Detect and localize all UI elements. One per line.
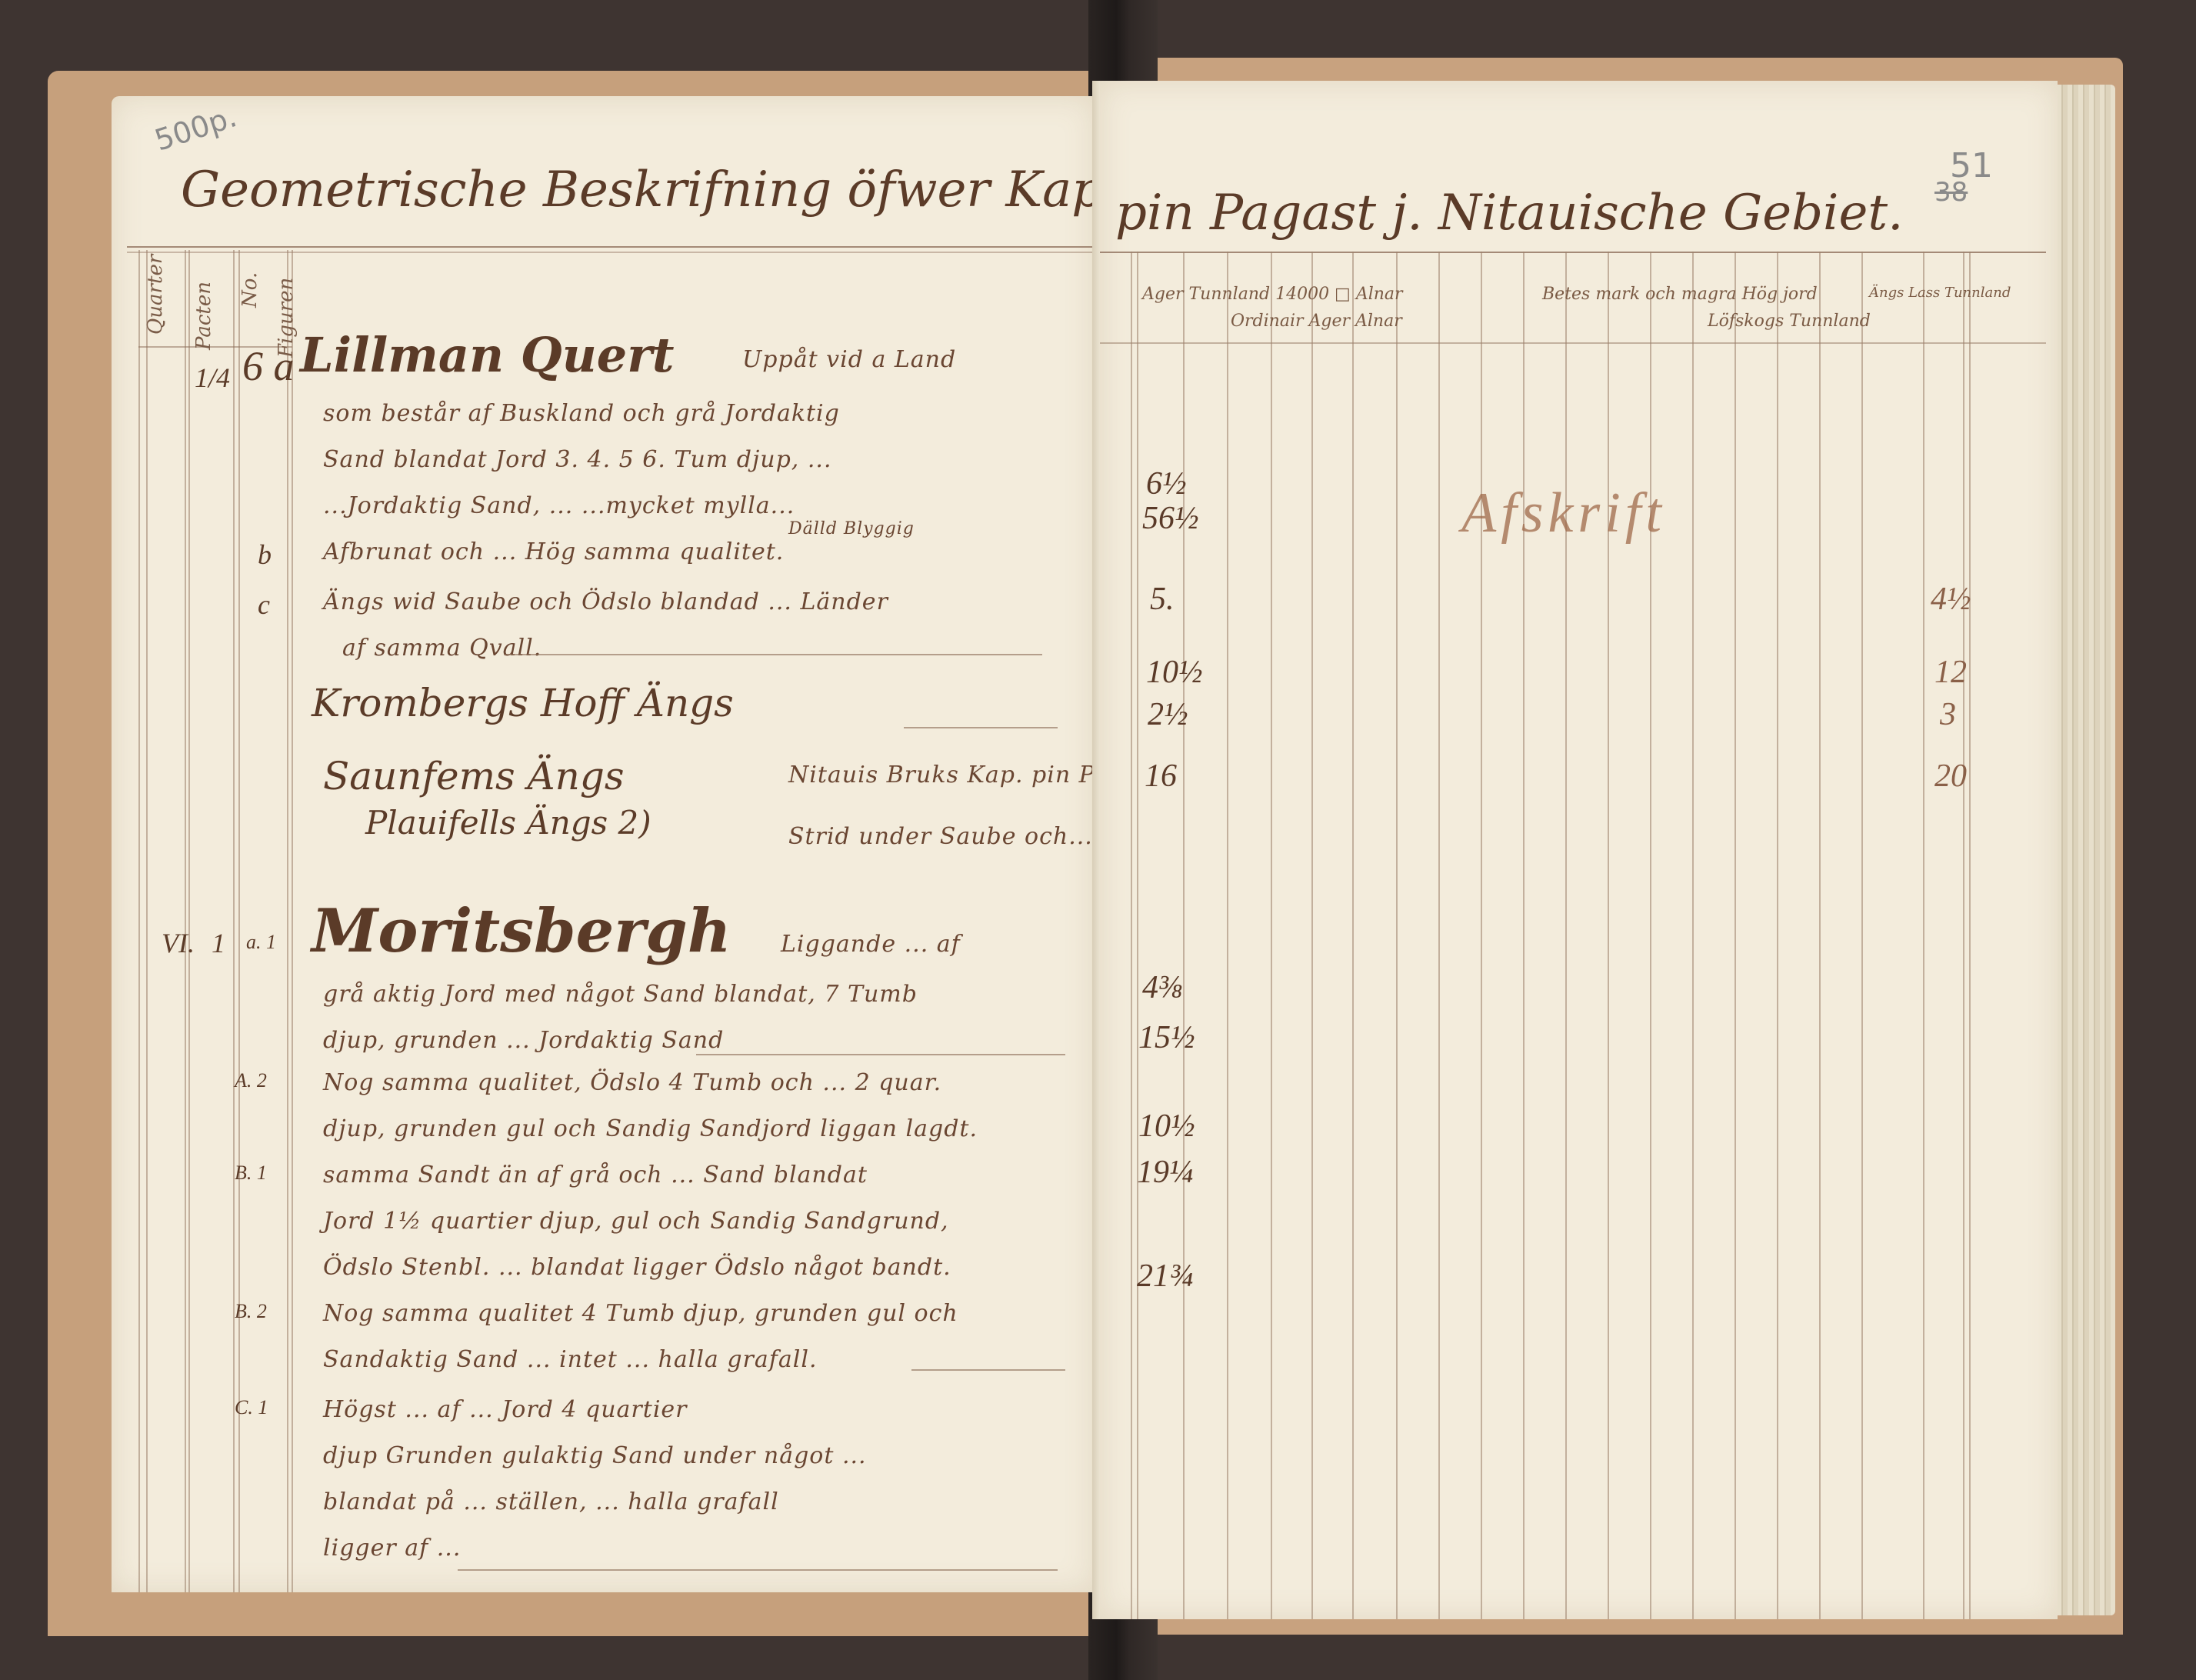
figure-label: C. 1 [235, 1396, 268, 1419]
place-name: Moritsbergh [312, 896, 731, 966]
entry-line: djup, grunden ... Jordaktig Sand [323, 1027, 724, 1054]
col-header-no: No. [238, 272, 262, 308]
col-rule [1819, 252, 1821, 1619]
col-rule [1969, 252, 1971, 1619]
col-rule [1396, 252, 1398, 1619]
col-rule [1352, 252, 1354, 1619]
col-header-angs: Ängs Lass Tunnland [1869, 285, 2011, 301]
col-rule [1692, 252, 1694, 1619]
entry-rule [696, 1054, 1065, 1055]
place-name: Plauifells Ängs 2) [365, 804, 651, 842]
col-rule [1481, 252, 1482, 1619]
col-rule [1137, 252, 1138, 1619]
col-rule [233, 250, 235, 1592]
col-rule [1523, 252, 1525, 1619]
figure-label: b [258, 538, 272, 571]
col-rule [238, 250, 240, 1592]
entry-rule [911, 1369, 1065, 1371]
col-rule [1438, 252, 1440, 1619]
entry-line: Dälld Blyggig [788, 519, 915, 538]
col-rule [1131, 252, 1132, 1619]
entry-line: samma Sandt än af grå och ... Sand bland… [323, 1162, 868, 1188]
meadow-value: 3 [1940, 696, 1956, 733]
entry-line: ...Jordaktig Sand, ... ...mycket mylla..… [323, 492, 795, 519]
figure-label: c [258, 588, 270, 621]
col-header-pacten: Pacten [192, 282, 215, 350]
col-rule [292, 250, 293, 1592]
col-header-lofskog: Löfskogs Tunnland [1708, 312, 1871, 331]
header-bottom-rule [1100, 342, 2046, 344]
place-name: Lillman Quert [300, 327, 675, 383]
col-rule [1963, 252, 1964, 1619]
pacten-value: 1/4 [195, 362, 230, 394]
col-rule [1311, 252, 1313, 1619]
entry-line: som består af Buskland och grå Jordaktig [323, 400, 840, 427]
col-rule [1734, 252, 1736, 1619]
area-value: 56½ [1142, 500, 1199, 537]
entry-line: djup, grunden gul och Sandig Sandjord li… [323, 1115, 978, 1142]
entry-line: Sandaktig Sand ... intet ... halla grafa… [323, 1346, 818, 1373]
left-page: 500p. Geometrische Beskrifning öfwer Kap… [112, 96, 1095, 1592]
area-value: 16 [1145, 758, 1177, 795]
heading-rule [127, 246, 1096, 248]
entry-line: Nog samma qualitet 4 Tumb djup, grunden … [323, 1300, 958, 1327]
pencil-note: 500p. [151, 99, 241, 157]
area-value: 10½ [1146, 654, 1203, 691]
heading-rule [1100, 252, 2046, 253]
right-page: 51 38 pin Pagast j. Nitauische Gebiet. A… [1100, 81, 2058, 1619]
entry-line: Nog samma qualitet, Ödslo 4 Tumb och ...… [323, 1069, 941, 1096]
col-header-ager: Ager Tunnland 14000 □ Alnar [1142, 285, 1403, 304]
area-value: 4⅜ [1142, 969, 1183, 1006]
area-value: 21¾ [1137, 1258, 1194, 1295]
col-rule [1271, 252, 1272, 1619]
col-rule [1777, 252, 1778, 1619]
col-rule [1183, 252, 1185, 1619]
meadow-value: 4½ [1931, 581, 1971, 618]
heading-rule-2 [127, 252, 1096, 253]
area-value: 5. [1150, 581, 1175, 618]
entry-line: Afbrunat och ... Hög samma qualitet. [323, 538, 784, 565]
figure-label: B. 1 [235, 1162, 267, 1185]
col-header-ordinair: Ordinair Ager Alnar [1231, 312, 1402, 331]
figure-label: a. 1 [246, 931, 276, 954]
entry-line: Ödslo Stenbl. ... blandat ligger Ödslo n… [323, 1254, 951, 1281]
entry-line: ligger af ... [323, 1535, 461, 1562]
entry-rule [504, 654, 1042, 655]
entry-line: Högst ... af ... Jord 4 quartier [323, 1396, 688, 1423]
col-rule [188, 250, 190, 1592]
area-value: 15½ [1138, 1019, 1195, 1056]
col-rule [1565, 252, 1567, 1619]
heading-right: pin Pagast j. Nitauische Gebiet. [1115, 185, 1903, 242]
meadow-value: 20 [1934, 758, 1967, 795]
col-rule [1923, 252, 1924, 1619]
col-rule [185, 250, 186, 1592]
quarter-value: VI. [162, 927, 195, 959]
area-value: 2½ [1148, 696, 1188, 733]
figure-label: A. 2 [235, 1069, 267, 1092]
col-rule [1608, 252, 1609, 1619]
entry-line: grå aktig Jord med något Sand blandat, 7… [323, 981, 918, 1008]
entry-line: Liggande ... af [781, 931, 961, 958]
col-header-betesmark: Betes mark och magra Hög jord [1542, 285, 1818, 304]
entry-line: blandat på ... ställen, ... halla grafal… [323, 1488, 779, 1515]
figure-label: B. 2 [235, 1300, 267, 1323]
col-rule [1650, 252, 1651, 1619]
entry-rule [904, 727, 1058, 728]
entry-line: Sand blandat Jord 3. 4. 5 6. Tum djup, .… [323, 446, 831, 473]
area-value: 19¼ [1137, 1154, 1194, 1191]
place-name: Krombergs Hoff Ängs [312, 681, 734, 725]
entry-rule [458, 1569, 1058, 1571]
folio-number-old: 38 [1934, 177, 1968, 208]
col-rule [138, 250, 140, 1592]
area-value: 6½ [1146, 465, 1187, 502]
col-rule [1861, 252, 1863, 1619]
entry-note: Strid under Saube och... [788, 823, 1093, 850]
entry-line: Ängs wid Saube och Ödslo blandad ... Län… [323, 588, 888, 615]
area-value: 10½ [1138, 1108, 1195, 1145]
entry-line: Uppåt vid a Land [742, 346, 956, 373]
col-rule [1227, 252, 1228, 1619]
place-name: Saunfems Ängs [323, 754, 625, 798]
entry-line: af samma Qvall. [342, 635, 542, 662]
pacten-value: 1 [212, 927, 225, 959]
meadow-value: 12 [1934, 654, 1967, 691]
heading-left: Geometrische Beskrifning öfwer Kap. [181, 162, 1119, 218]
col-header-quarter: Quarter [144, 255, 167, 335]
entry-line: djup Grunden gulaktig Sand under något .… [323, 1442, 867, 1469]
entry-line: Jord 1½ quartier djup, gul och Sandig Sa… [323, 1208, 949, 1235]
figure-label: 6 a [242, 342, 295, 390]
faded-stamp: Afskrift [1461, 481, 1666, 546]
col-rule [287, 250, 288, 1592]
col-rule [146, 250, 148, 1592]
